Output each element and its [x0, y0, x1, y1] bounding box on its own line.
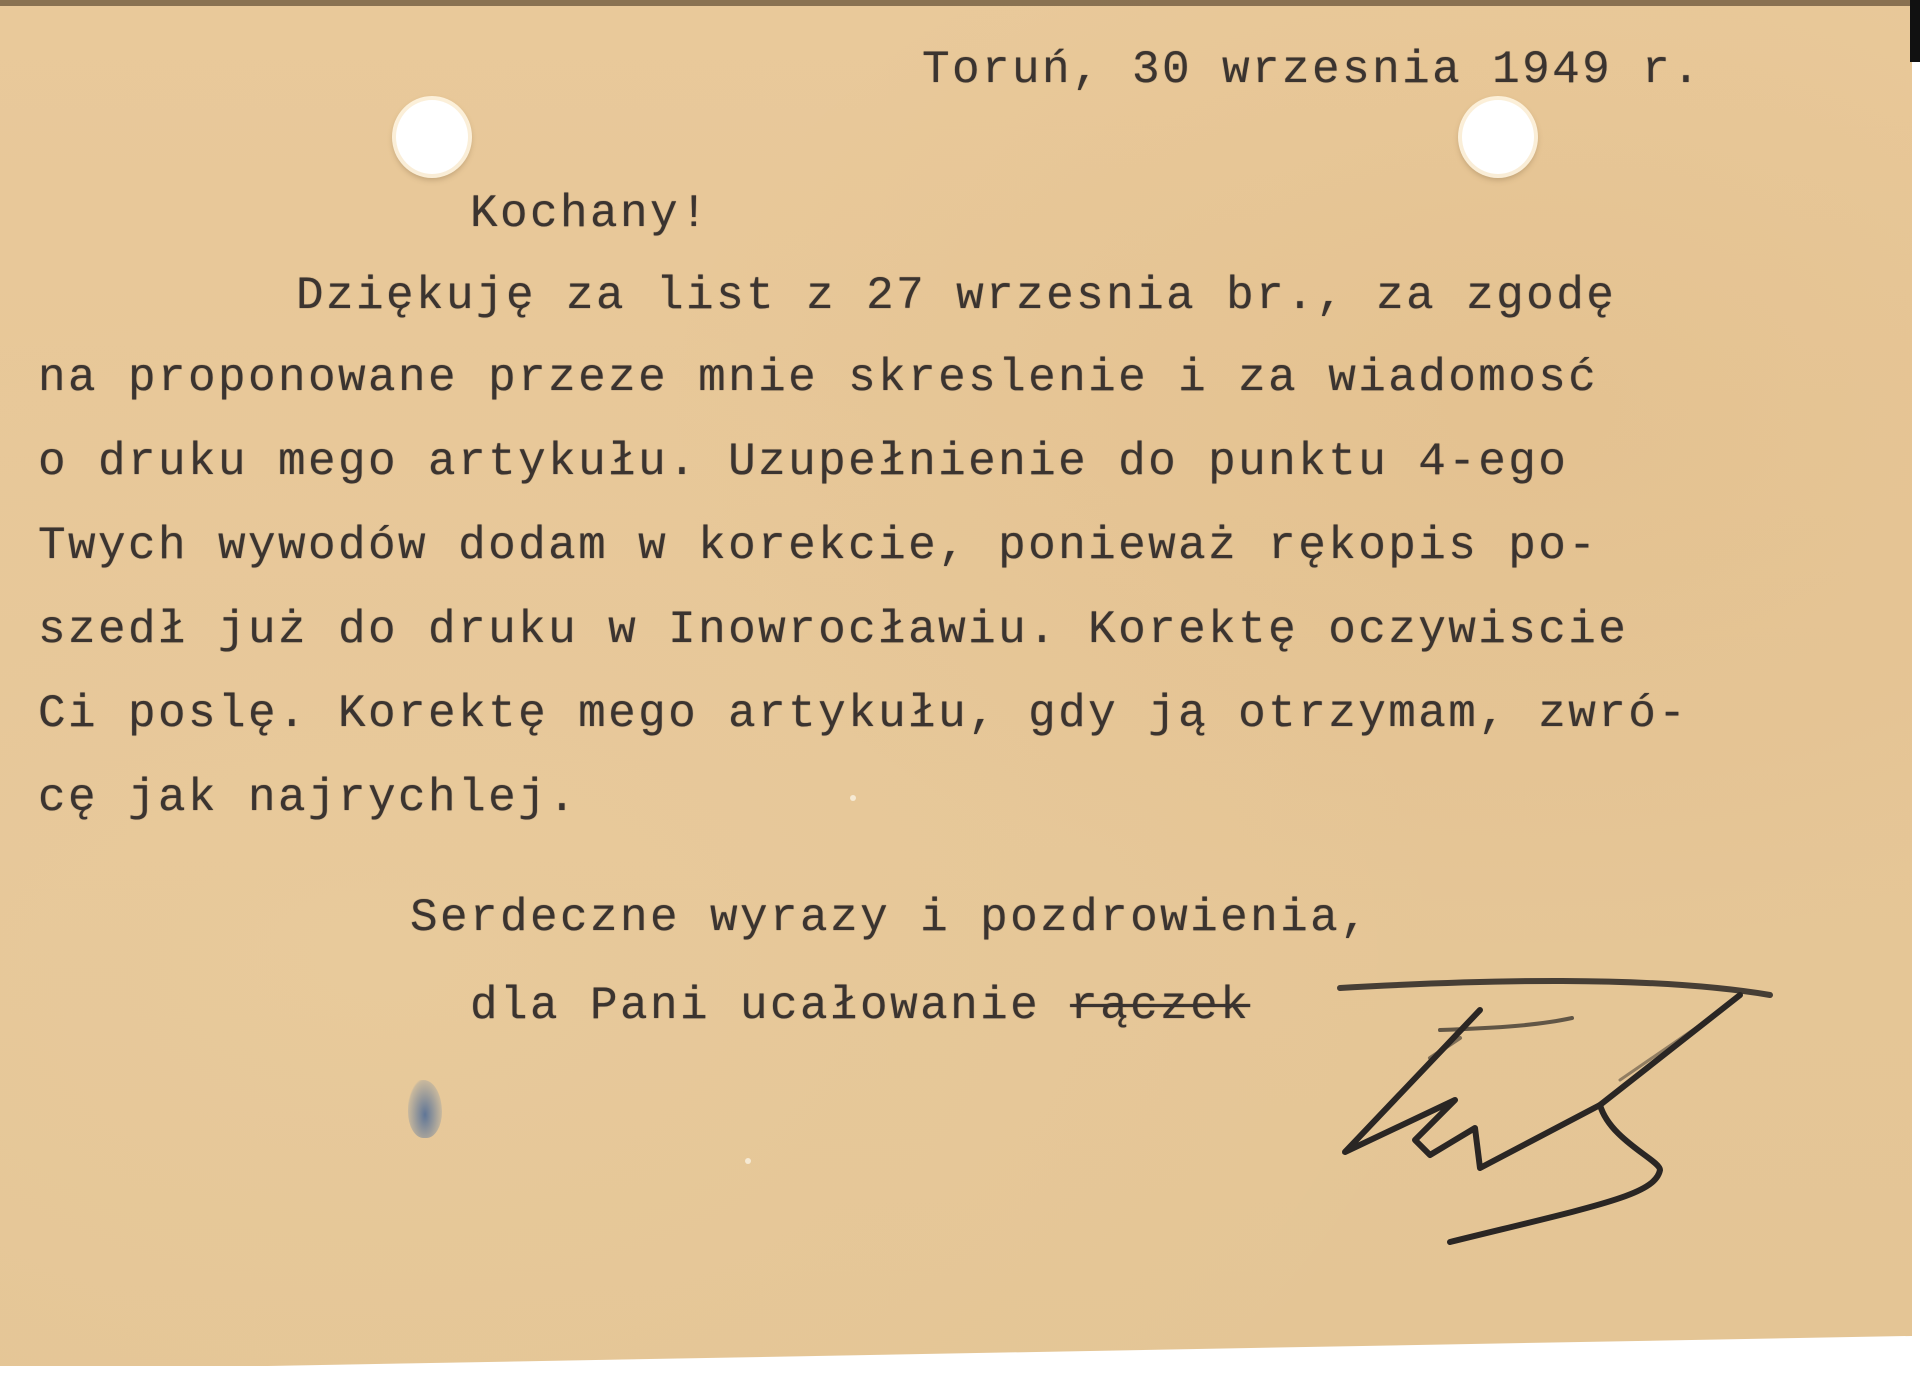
scan-corner-shadow — [1910, 0, 1920, 62]
body-line-1: Dziękuję za list z 27 wrzesnia br., za z… — [296, 270, 1616, 322]
closing-line-1: Serdeczne wyrazy i pozdrowienia, — [410, 892, 1370, 944]
closing-text: dla Pani ucałowanie — [470, 980, 1070, 1032]
punch-hole-right — [1462, 100, 1534, 174]
place-date: Toruń, 30 wrzesnia 1949 r. — [922, 44, 1702, 96]
body-line-6: Ci poslę. Korektę mego artykułu, gdy ją … — [38, 688, 1688, 740]
paper-speck — [850, 795, 856, 801]
body-line-7: cę jak najrychlej. — [38, 772, 578, 824]
letter-card — [0, 0, 1912, 1366]
body-line-4: Twych wywodów dodam w korekcie, ponieważ… — [38, 520, 1598, 572]
closing-line-2: dla Pani ucałowanie rączek — [470, 980, 1250, 1032]
struck-word: rączek — [1070, 980, 1250, 1032]
paper-speck — [745, 1158, 751, 1164]
paper-top-edge — [0, 0, 1912, 6]
body-line-3: o druku mego artykułu. Uzupełnienie do p… — [38, 436, 1568, 488]
body-line-5: szedł już do druku w Inowrocławiu. Korek… — [38, 604, 1628, 656]
body-line-2: na proponowane przeze mnie skreslenie i … — [38, 352, 1598, 404]
salutation: Kochany! — [470, 188, 710, 240]
punch-hole-left — [396, 100, 468, 174]
